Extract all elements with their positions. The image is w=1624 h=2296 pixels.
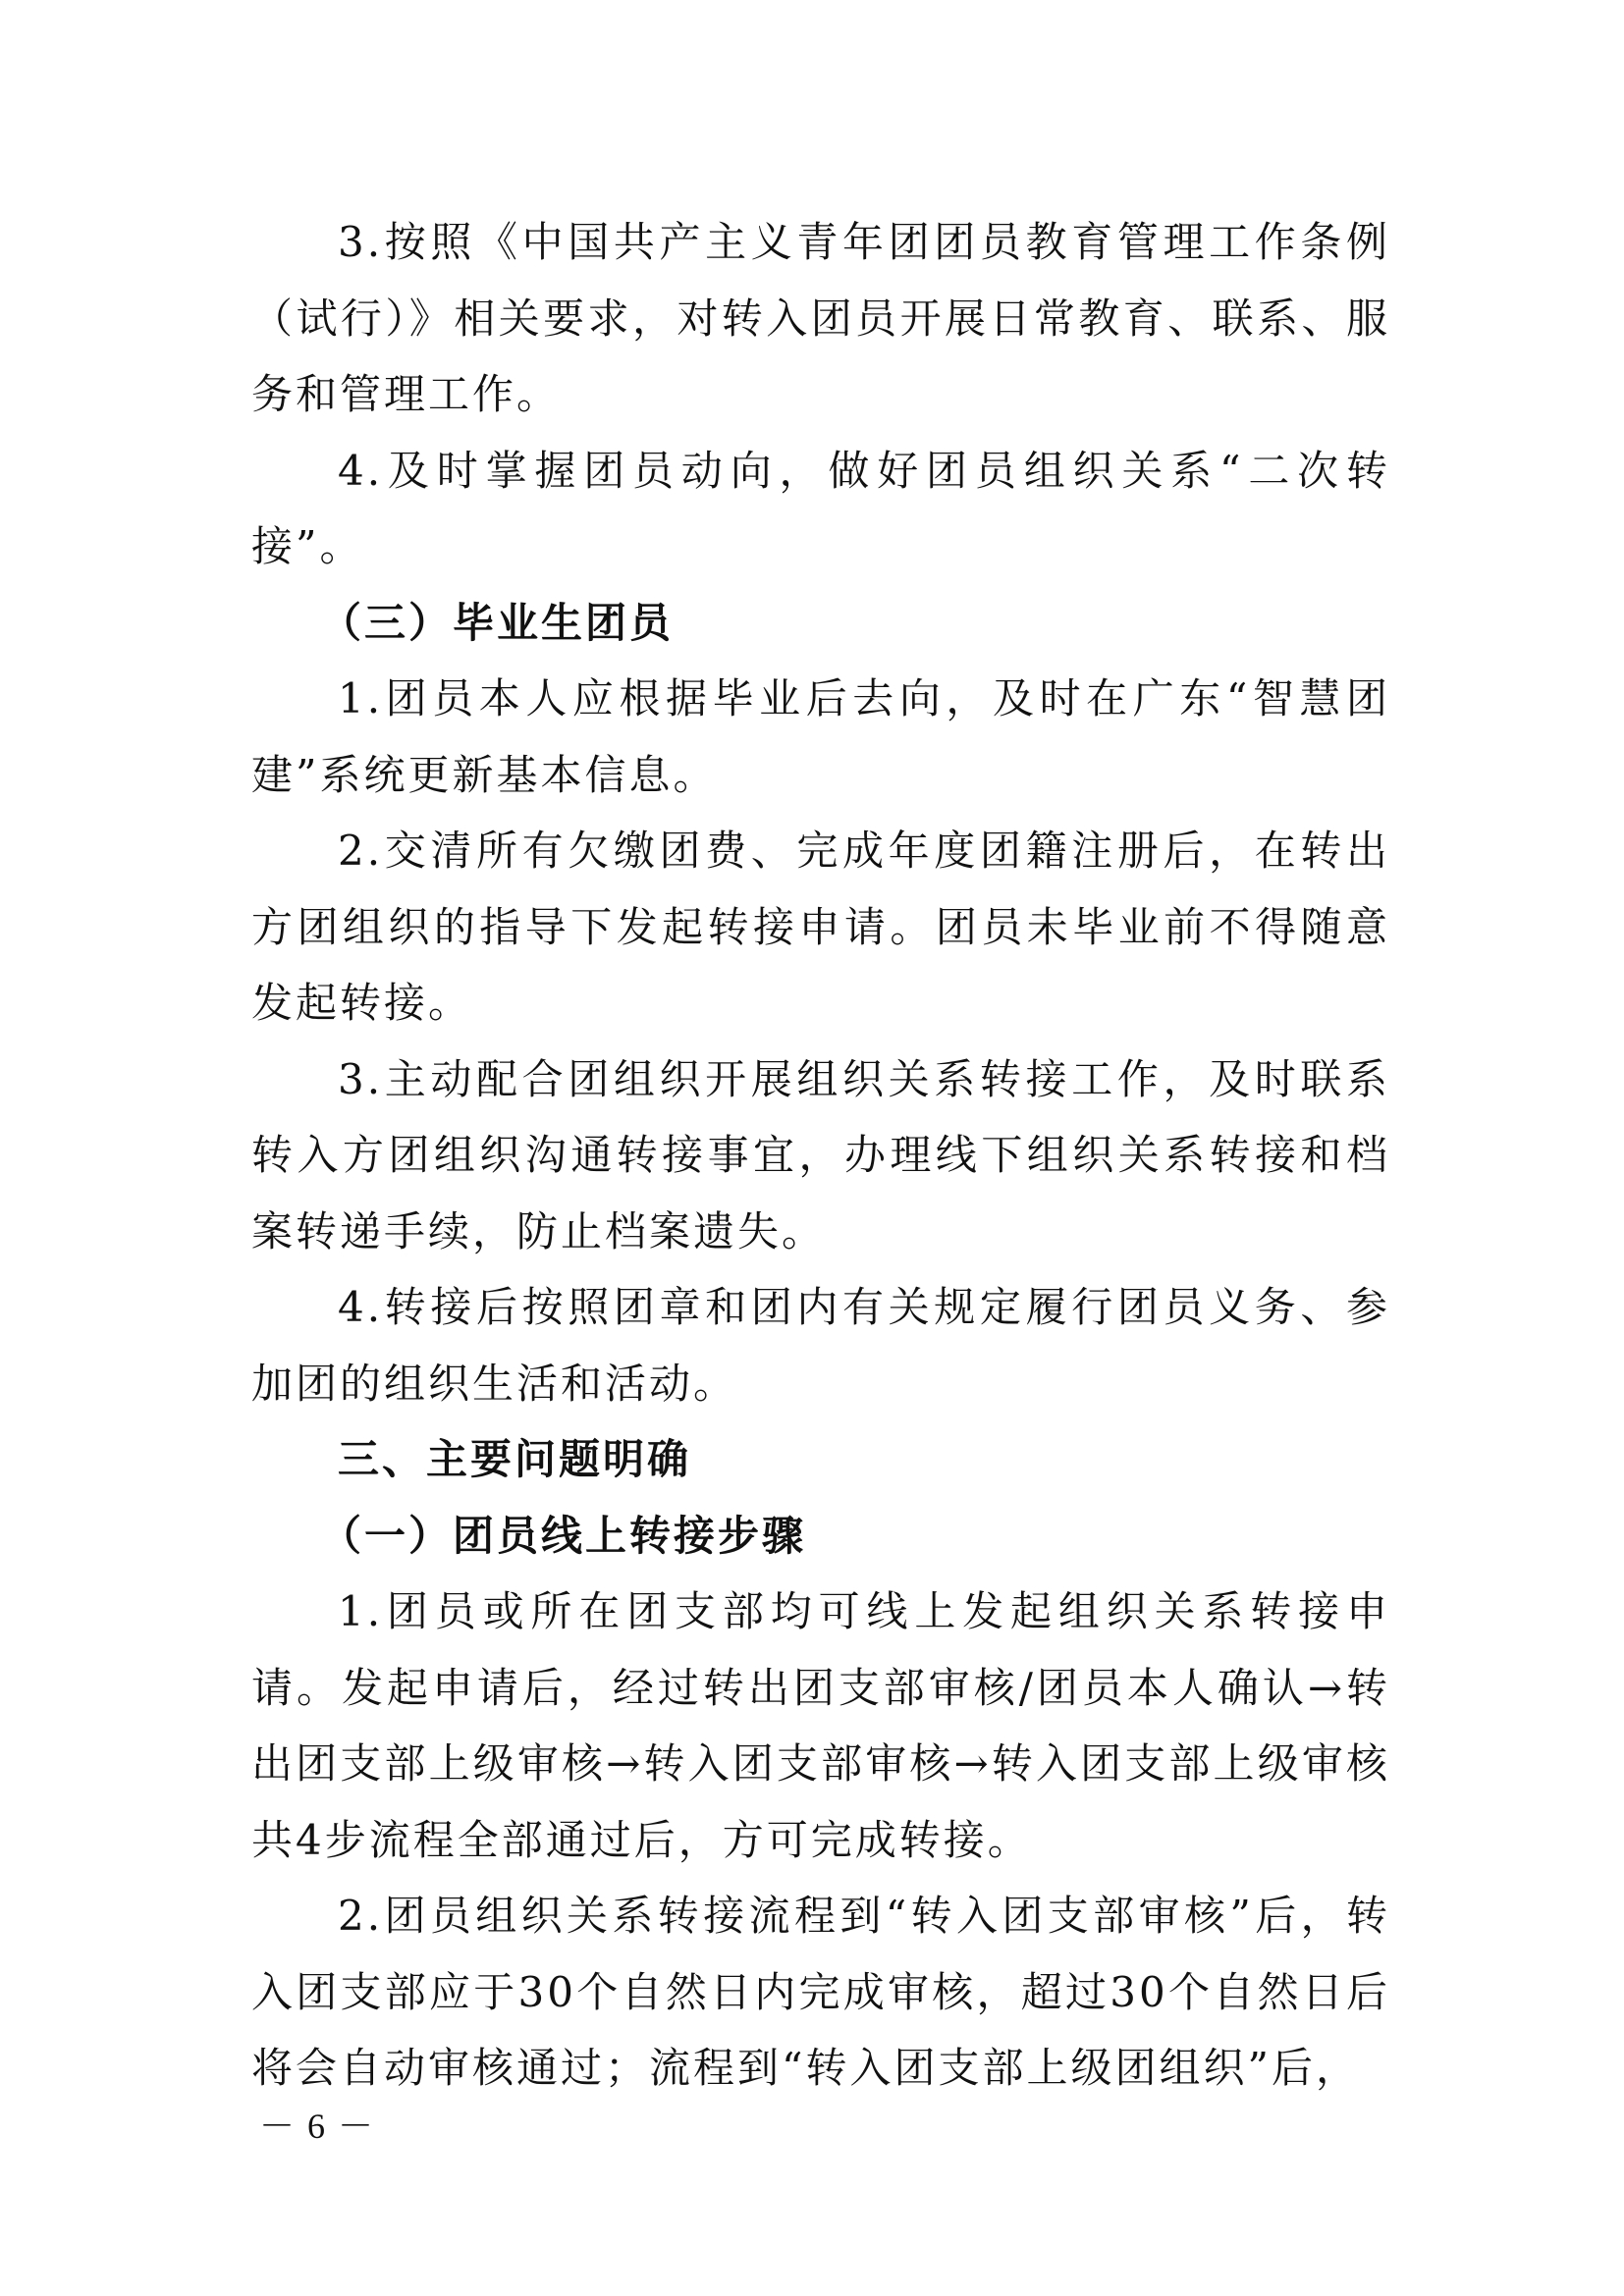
paragraph-4-secondary-transfer: 4.及时掌握团员动向，做好团员组织关系“二次转接”。 xyxy=(251,433,1390,585)
paragraph-online-steps-1: 1.团员或所在团支部均可线上发起组织关系转接申请。发起申请后，经过转出团支部审核… xyxy=(251,1574,1390,1878)
document-page: 3.按照《中国共产主义青年团团员教育管理工作条例（试行）》相关要求，对转入团员开… xyxy=(0,0,1624,2296)
subheading-graduate-members: （三）毕业生团员 xyxy=(251,585,1390,662)
paragraph-graduate-2: 2.交清所有欠缴团费、完成年度团籍注册后，在转出方团组织的指导下发起转接申请。团… xyxy=(251,813,1390,1041)
paragraph-3-education-management: 3.按照《中国共产主义青年团团员教育管理工作条例（试行）》相关要求，对转入团员开… xyxy=(251,204,1390,433)
page-number: － 6 － xyxy=(259,2099,375,2149)
paragraph-graduate-3: 3.主动配合团组织开展组织关系转接工作，及时联系转入方团组织沟通转接事宜，办理线… xyxy=(251,1041,1390,1270)
paragraph-graduate-4: 4.转接后按照团章和团内有关规定履行团员义务、参加团的组织生活和活动。 xyxy=(251,1269,1390,1421)
section-heading-main-issues: 三、主要问题明确 xyxy=(251,1421,1390,1498)
subheading-online-transfer-steps: （一）团员线上转接步骤 xyxy=(251,1498,1390,1575)
paragraph-graduate-1: 1.团员本人应根据毕业后去向，及时在广东“智慧团建”系统更新基本信息。 xyxy=(251,661,1390,813)
paragraph-online-steps-2: 2.团员组织关系转接流程到“转入团支部审核”后，转入团支部应于30个自然日内完成… xyxy=(251,1878,1390,2107)
document-body: 3.按照《中国共产主义青年团团员教育管理工作条例（试行）》相关要求，对转入团员开… xyxy=(251,204,1390,2107)
